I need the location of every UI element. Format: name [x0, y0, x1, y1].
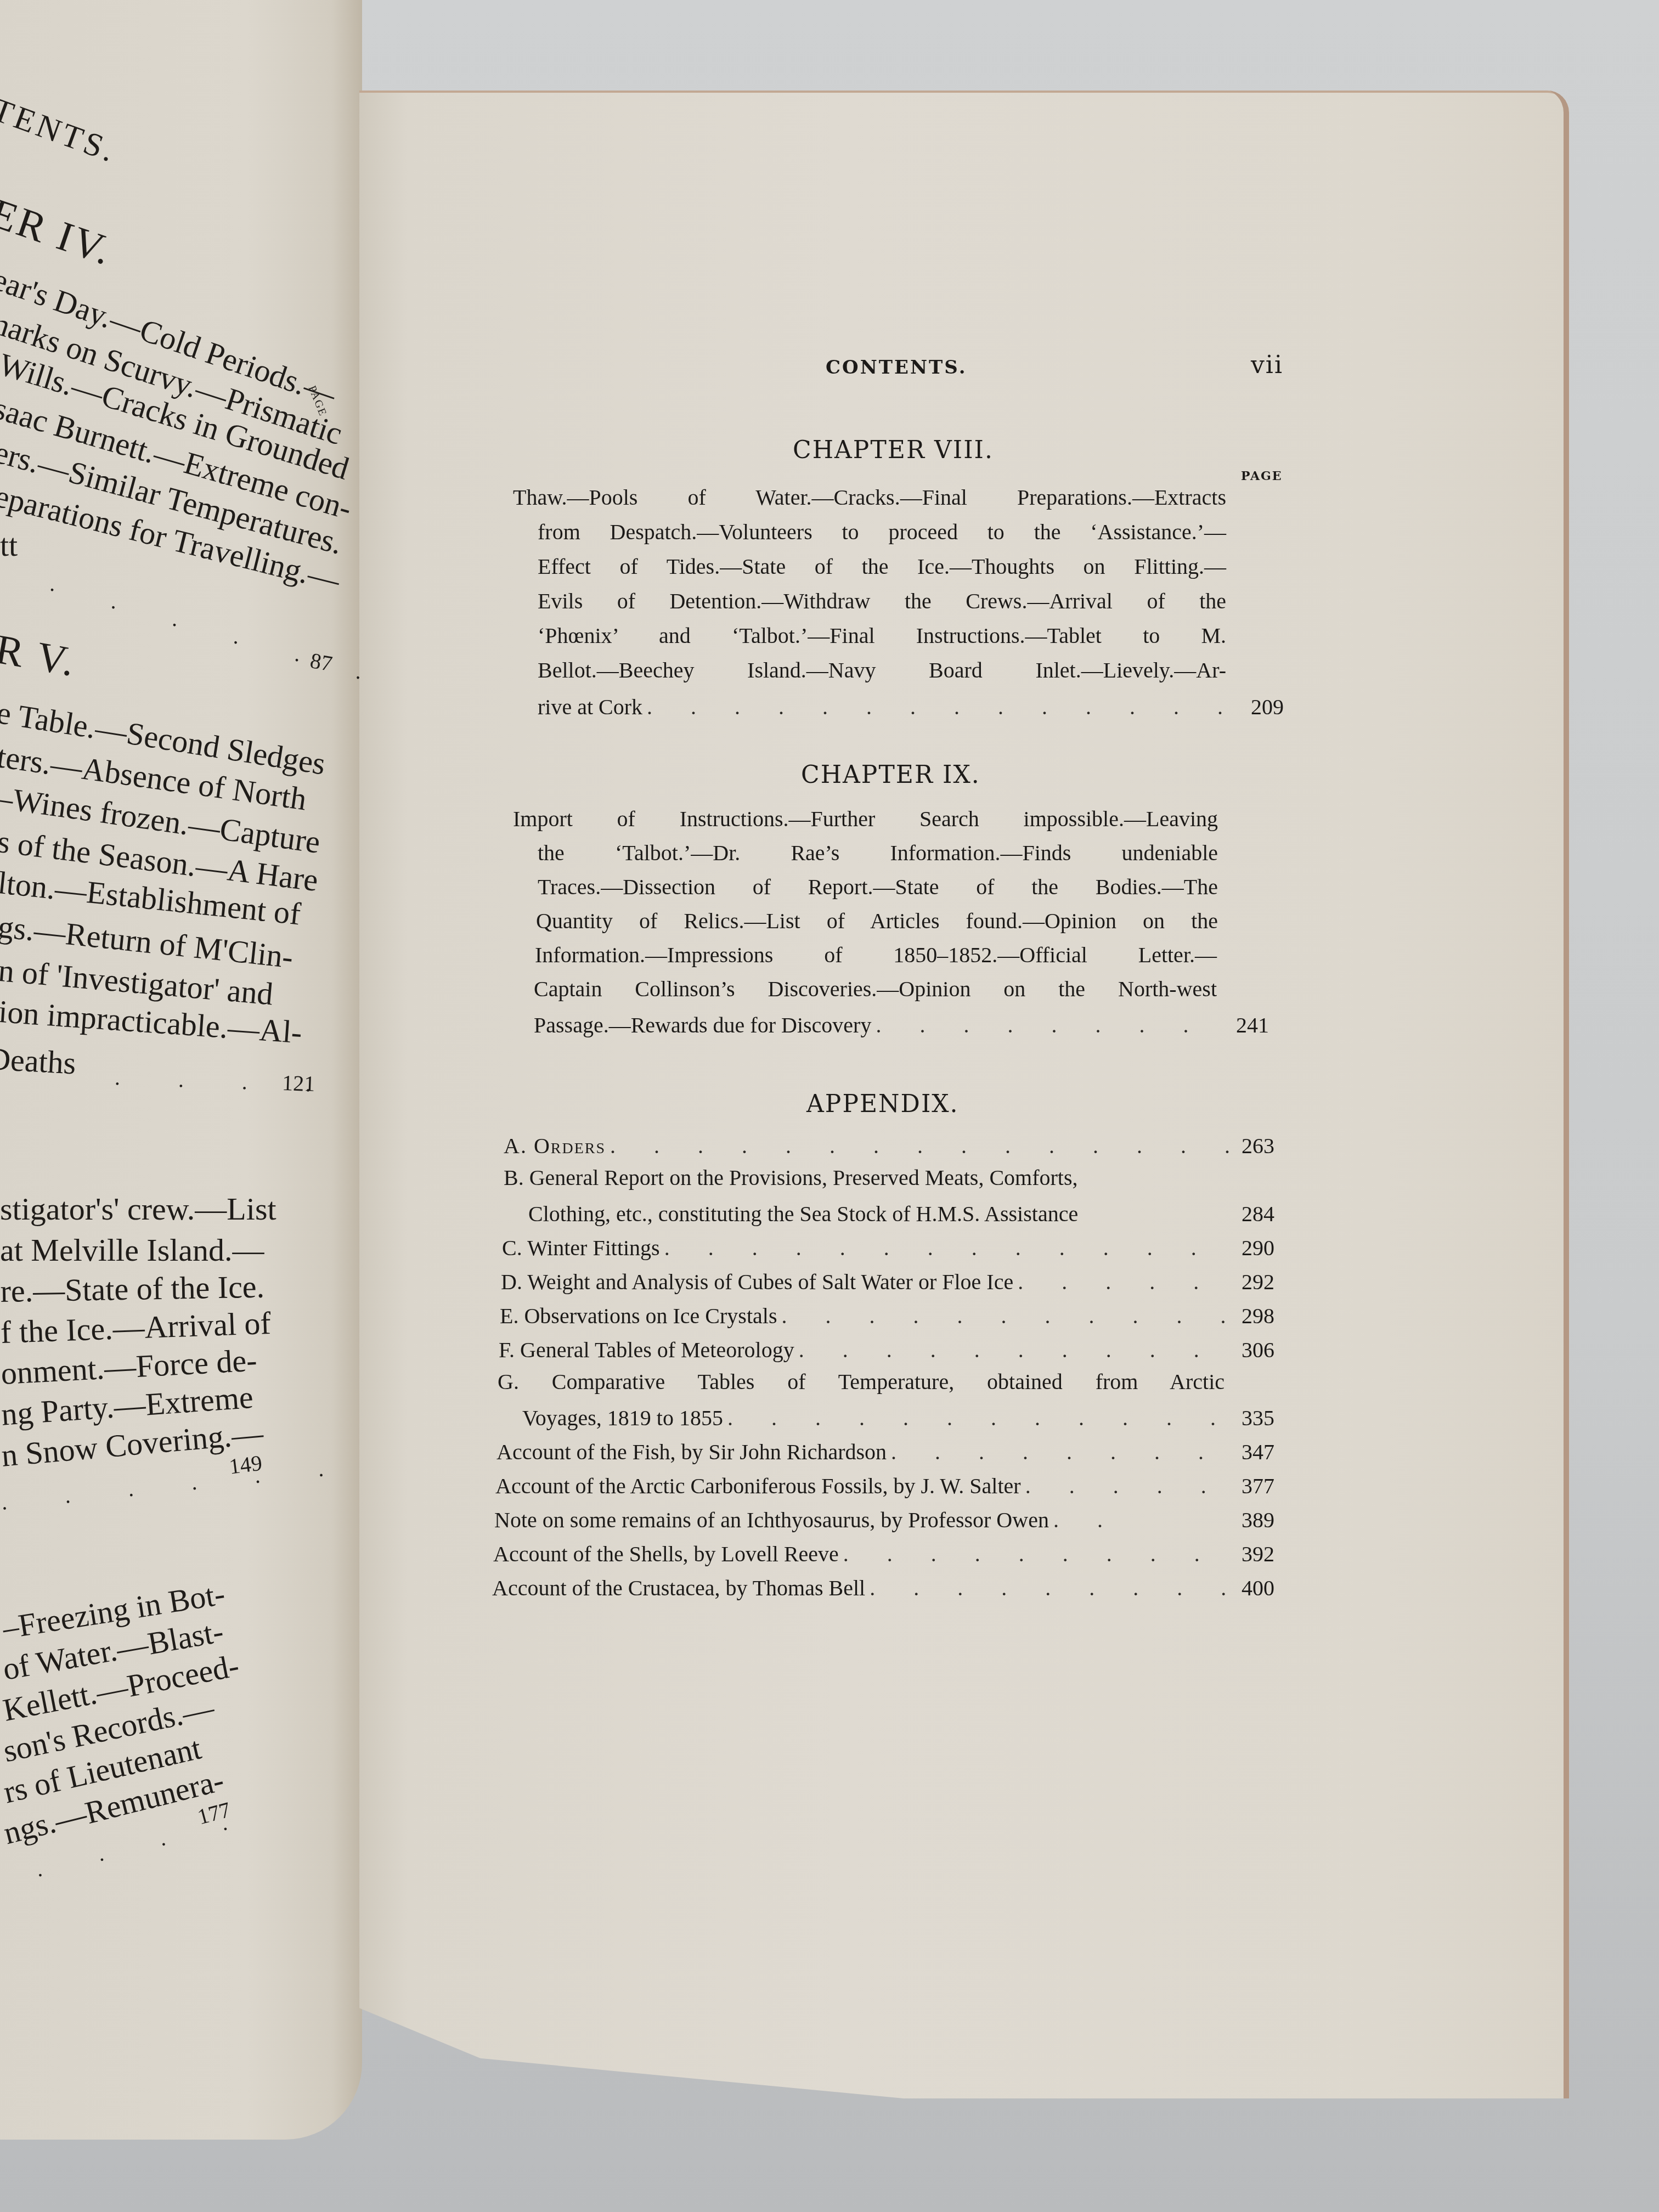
entry-label-continuation: Voyages, 1819 to 1855: [522, 1405, 723, 1431]
page-number: 121: [281, 1070, 315, 1097]
page-number[interactable]: 306: [1231, 1337, 1274, 1363]
toc-line: Quantity of Relics.—List of Articles fou…: [536, 910, 1218, 932]
dot-leader: . . . . . . . . . . . . . .: [871, 1012, 1225, 1038]
right-page: CONTENTS. vii CHAPTER VIII. PAGE Thaw.—P…: [359, 91, 1569, 2098]
toc-line-text: rive at Cork: [538, 694, 642, 720]
toc-line: re.—State of the Ice.: [0, 1268, 265, 1310]
page-number[interactable]: 284: [1231, 1201, 1274, 1227]
page-number[interactable]: 377: [1231, 1473, 1274, 1499]
chapter-title: CHAPTER IX.: [801, 761, 980, 789]
appendix-entry: Account of the Shells, by Lovell Reeve .…: [493, 1541, 1274, 1567]
dot-leader: . . . . . . . . . . . . .: [865, 1575, 1231, 1601]
appendix-title: APPENDIX.: [806, 1090, 959, 1118]
entry-label: Account of the Arctic Carboniferous Foss…: [495, 1473, 1021, 1499]
toc-line: ‘Phœnix’ and ‘Talbot.’—Final Instruction…: [538, 625, 1226, 647]
appendix-entry-label: B. General Report on the Provisions, Pre…: [504, 1167, 1078, 1189]
entry-label: E. Observations on Ice Crystals: [500, 1303, 777, 1329]
toc-line: Thaw.—Pools of Water.—Cracks.—Final Prep…: [513, 487, 1226, 509]
appendix-entry: A. Orders . . . . . . . . . . . . . . . …: [504, 1133, 1274, 1159]
dot-leader: . . . . .: [114, 1064, 362, 1100]
dot-leader: . . . . . . . . . . . . . . . . . . . . …: [642, 694, 1240, 720]
left-chapter-iv-heading: ER IV.: [0, 189, 119, 275]
entry-label: F. General Tables of Meteorology: [499, 1337, 794, 1363]
page-number[interactable]: 290: [1231, 1235, 1274, 1261]
page-number[interactable]: 389: [1231, 1507, 1274, 1533]
dot-leader: . . . . . . . . . . . .: [887, 1439, 1231, 1465]
dot-leader: . . . . . . . . . . . . . . . . . . . . …: [660, 1235, 1231, 1261]
toc-line: Traces.—Dissection of Report.—State of t…: [538, 876, 1218, 898]
appendix-entry: C. Winter Fittings . . . . . . . . . . .…: [502, 1235, 1274, 1261]
left-chapter-v-heading: R V.: [0, 625, 80, 686]
appendix-entry: Clothing, etc., constituting the Sea Sto…: [528, 1201, 1274, 1227]
left-page: TENTS. ER IV. PAGE ear's Day.—Cold Perio…: [0, 0, 362, 2140]
folio-page-number: vii: [1251, 351, 1283, 379]
toc-line: Import of Instructions.—Further Search i…: [513, 808, 1218, 830]
appendix-entry: F. General Tables of Meteorology . . . .…: [499, 1337, 1274, 1363]
toc-line: -Deaths: [0, 1040, 77, 1081]
page-number[interactable]: 347: [1231, 1439, 1274, 1465]
appendix-entry: Note on some remains of an Ichthyosaurus…: [494, 1507, 1274, 1533]
appendix-entry-label: G. Comparative Tables of Temperature, ob…: [498, 1371, 1224, 1393]
page-number[interactable]: 400: [1231, 1575, 1274, 1601]
toc-line: Captain Collinson’s Discoveries.—Opinion…: [534, 978, 1217, 1000]
entry-label: A. Orders: [504, 1133, 606, 1159]
entry-label: Account of the Shells, by Lovell Reeve: [493, 1541, 839, 1567]
toc-line: at Melville Island.—: [0, 1232, 264, 1268]
toc-line: Information.—Impressions of 1850–1852.—O…: [535, 944, 1217, 966]
page-number[interactable]: 298: [1231, 1303, 1274, 1329]
toc-line: Evils of Detention.—Withdraw the Crews.—…: [538, 590, 1226, 612]
page-number: 149: [228, 1450, 263, 1480]
toc-leader-line: Passage.—Rewards due for Discovery . . .…: [534, 1012, 1269, 1038]
dot-leader: . . . . . . . . . . . . . .: [839, 1541, 1231, 1567]
entry-label: Account of the Crustacea, by Thomas Bell: [492, 1575, 865, 1601]
entry-label-continuation: Clothing, etc., constituting the Sea Sto…: [528, 1201, 1078, 1227]
page-number[interactable]: 209: [1240, 694, 1284, 720]
page-number[interactable]: 241: [1225, 1012, 1269, 1038]
left-running-head: TENTS.: [0, 91, 122, 171]
page-number[interactable]: 292: [1231, 1269, 1274, 1295]
toc-line-text: Passage.—Rewards due for Discovery: [534, 1012, 871, 1038]
dot-leader: . . . . . . . . . . . . . . . . . . . . …: [723, 1405, 1231, 1431]
toc-line: tt: [0, 527, 18, 563]
chapter-title: CHAPTER VIII.: [793, 436, 994, 464]
toc-line: stigator's' crew.—List: [0, 1190, 276, 1227]
page-column-label: PAGE: [1241, 469, 1283, 483]
toc-leader-line: rive at Cork . . . . . . . . . . . . . .…: [538, 694, 1284, 720]
page-number[interactable]: 392: [1231, 1541, 1274, 1567]
toc-line: the ‘Talbot.’—Dr. Rae’s Information.—Fin…: [538, 842, 1218, 864]
dot-leader: . . . . .: [1021, 1473, 1231, 1499]
appendix-entry: Account of the Fish, by Sir John Richard…: [496, 1439, 1274, 1465]
page-number[interactable]: 263: [1231, 1133, 1274, 1159]
entry-label: C. Winter Fittings: [502, 1235, 660, 1261]
appendix-entry: Account of the Crustacea, by Thomas Bell…: [492, 1575, 1274, 1601]
dot-leader: . . . . .: [1013, 1269, 1231, 1295]
appendix-entry: D. Weight and Analysis of Cubes of Salt …: [501, 1269, 1274, 1295]
entry-label: Note on some remains of an Ichthyosaurus…: [494, 1507, 1049, 1533]
dot-leader: . . . . . . . . . . . . . . . . . . . . …: [606, 1133, 1231, 1159]
toc-line: Effect of Tides.—State of the Ice.—Thoug…: [538, 556, 1226, 578]
toc-line: from Despatch.—Volunteers to proceed to …: [538, 521, 1226, 543]
dot-leader: . . . . . . . . . . . . . . . . . . . .: [794, 1337, 1231, 1363]
dot-leader: . .: [1049, 1507, 1231, 1533]
appendix-entry: E. Observations on Ice Crystals . . . . …: [500, 1303, 1274, 1329]
appendix-entry: Account of the Arctic Carboniferous Foss…: [495, 1473, 1274, 1499]
entry-label: Account of the Fish, by Sir John Richard…: [496, 1439, 887, 1465]
page-number[interactable]: 335: [1231, 1405, 1274, 1431]
appendix-entry: Voyages, 1819 to 1855 . . . . . . . . . …: [522, 1405, 1274, 1431]
toc-line: Bellot.—Beechey Island.—Navy Board Inlet…: [538, 659, 1226, 681]
dot-leader: . . . . . . . . . . . . . . . . . . . .: [777, 1303, 1231, 1329]
entry-label: D. Weight and Analysis of Cubes of Salt …: [501, 1269, 1013, 1295]
running-head: CONTENTS.: [826, 357, 967, 379]
page-number: 87: [308, 647, 335, 676]
